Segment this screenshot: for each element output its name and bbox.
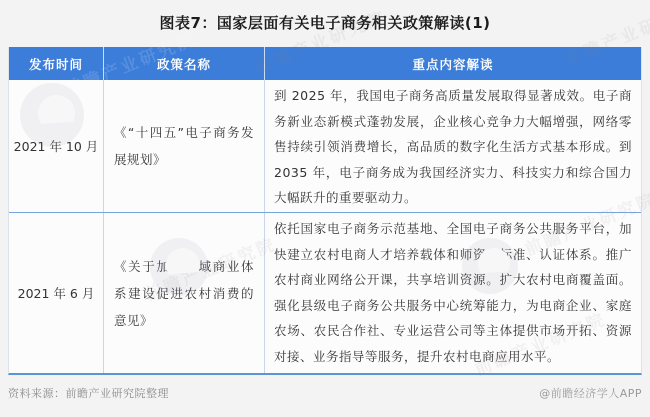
header-key-content: 重点内容解读 bbox=[264, 47, 641, 80]
cell-publish-date: 2021 年 6 月 bbox=[9, 213, 103, 373]
table-header-row: 发布时间 政策名称 重点内容解读 bbox=[9, 47, 641, 80]
cell-key-content: 依托国家电子商务示范基地、全国电子商务公共服务平台，加快建立农村电商人才培养载体… bbox=[264, 213, 641, 373]
source-note: 资料来源：前瞻产业研究院整理 bbox=[8, 385, 169, 401]
page-title: 图表7：国家层面有关电子商务相关政策解读(1) bbox=[0, 12, 650, 33]
cell-publish-date: 2021 年 10 月 bbox=[9, 80, 103, 212]
header-publish-date: 发布时间 bbox=[9, 47, 103, 80]
policy-name-text: 《“十四五”电子商务发展规划》 bbox=[114, 119, 254, 173]
policy-table: 发布时间 政策名称 重点内容解读 2021 年 10 月 《“十四五”电子商务发… bbox=[8, 47, 642, 375]
policy-table-page: 图表7：国家层面有关电子商务相关政策解读(1) 发布时间 政策名称 重点内容解读… bbox=[0, 0, 650, 417]
policy-name-text: 《关于加强县域商业体系建设促进农村消费的意见》 bbox=[114, 253, 254, 334]
table-row: 2021 年 10 月 《“十四五”电子商务发展规划》 到 2025 年，我国电… bbox=[9, 80, 641, 212]
cell-key-content: 到 2025 年，我国电子商务高质量发展取得显著成效。电子商务新业态新模式蓬勃发… bbox=[264, 80, 641, 212]
cell-policy-name: 《“十四五”电子商务发展规划》 bbox=[103, 80, 264, 212]
cell-policy-name: 《关于加强县域商业体系建设促进农村消费的意见》 bbox=[103, 213, 264, 373]
table-row: 2021 年 6 月 《关于加强县域商业体系建设促进农村消费的意见》 依托国家电… bbox=[9, 212, 641, 373]
credit-note: @前瞻经济学人APP bbox=[539, 385, 642, 401]
header-policy-name: 政策名称 bbox=[103, 47, 264, 80]
